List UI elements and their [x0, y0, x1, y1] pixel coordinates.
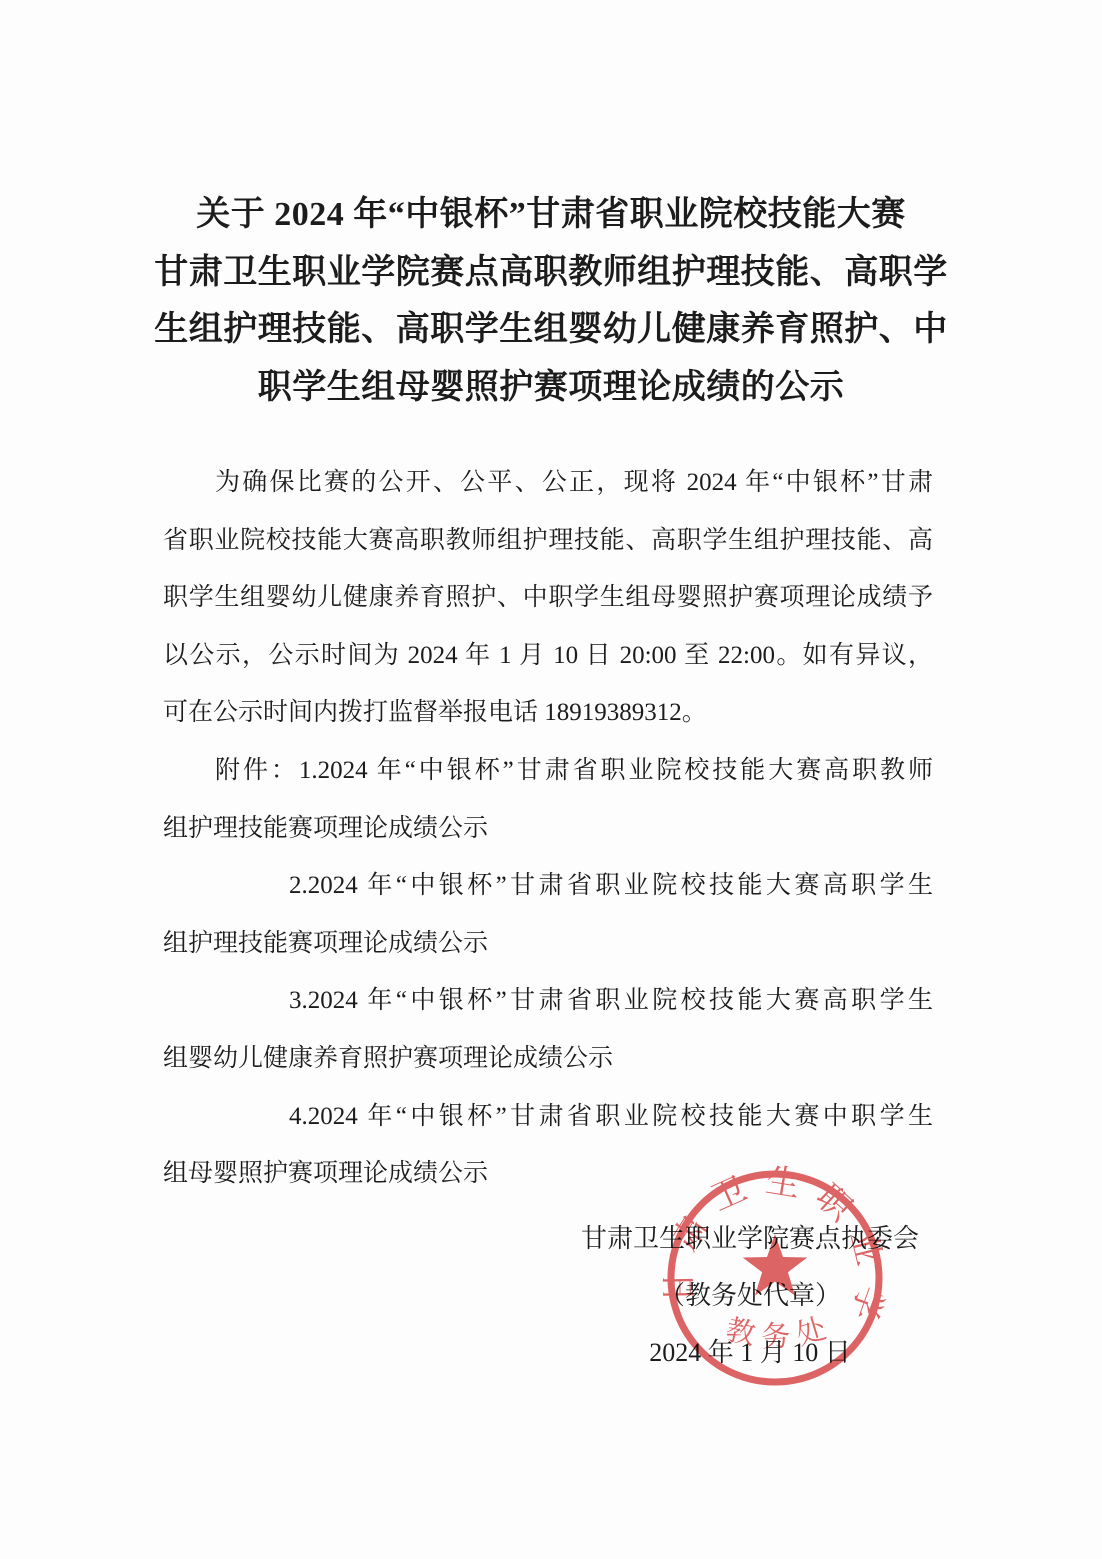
document-page: 关于 2024 年“中银杯”甘肃省职业院校技能大赛 甘肃卫生职业学院赛点高职教师…: [0, 0, 1102, 1559]
title-line: 甘肃卫生职业学院赛点高职教师组护理技能、高职学: [80, 244, 1022, 302]
attachment-line: 组护理技能赛项理论成绩公示: [163, 800, 933, 858]
attachment-line: 3.2024 年“中银杯”甘肃省职业院校技能大赛高职学生: [163, 972, 933, 1030]
body-line: 为确保比赛的公开、公平、公正，现将 2024 年“中银杯”甘肃: [163, 454, 933, 512]
document-body: 为确保比赛的公开、公平、公正，现将 2024 年“中银杯”甘肃 省职业院校技能大…: [163, 454, 933, 1203]
body-line: 可在公示时间内拨打监督举报电话 18919389312。: [163, 684, 933, 742]
attachment-line: 4.2024 年“中银杯”甘肃省职业院校技能大赛中职学生: [163, 1088, 933, 1146]
official-seal: 甘肃卫生职业学院 教务处: [655, 1158, 895, 1398]
attachment-line: 组护理技能赛项理论成绩公示: [163, 915, 933, 973]
seal-star-icon: [743, 1234, 808, 1296]
title-line: 关于 2024 年“中银杯”甘肃省职业院校技能大赛: [80, 186, 1022, 244]
document-title: 关于 2024 年“中银杯”甘肃省职业院校技能大赛 甘肃卫生职业学院赛点高职教师…: [80, 186, 1022, 416]
title-line: 生组护理技能、高职学生组婴幼儿健康养育照护、中: [80, 301, 1022, 359]
attachment-line: 组婴幼儿健康养育照护赛项理论成绩公示: [163, 1030, 933, 1088]
seal-bottom-text: 教务处: [723, 1309, 838, 1353]
body-line: 以公示，公示时间为 2024 年 1 月 10 日 20:00 至 22:00。…: [163, 627, 933, 685]
title-line: 职学生组母婴照护赛项理论成绩的公示: [80, 359, 1022, 417]
attachment-line: 2.2024 年“中银杯”甘肃省职业院校技能大赛高职学生: [163, 857, 933, 915]
attachment-line: 附件：1.2024 年“中银杯”甘肃省职业院校技能大赛高职教师: [163, 742, 933, 800]
body-line: 职学生组婴幼儿健康养育照护、中职学生组母婴照护赛项理论成绩予: [163, 569, 933, 627]
body-line: 省职业院校技能大赛高职教师组护理技能、高职学生组护理技能、高: [163, 512, 933, 570]
